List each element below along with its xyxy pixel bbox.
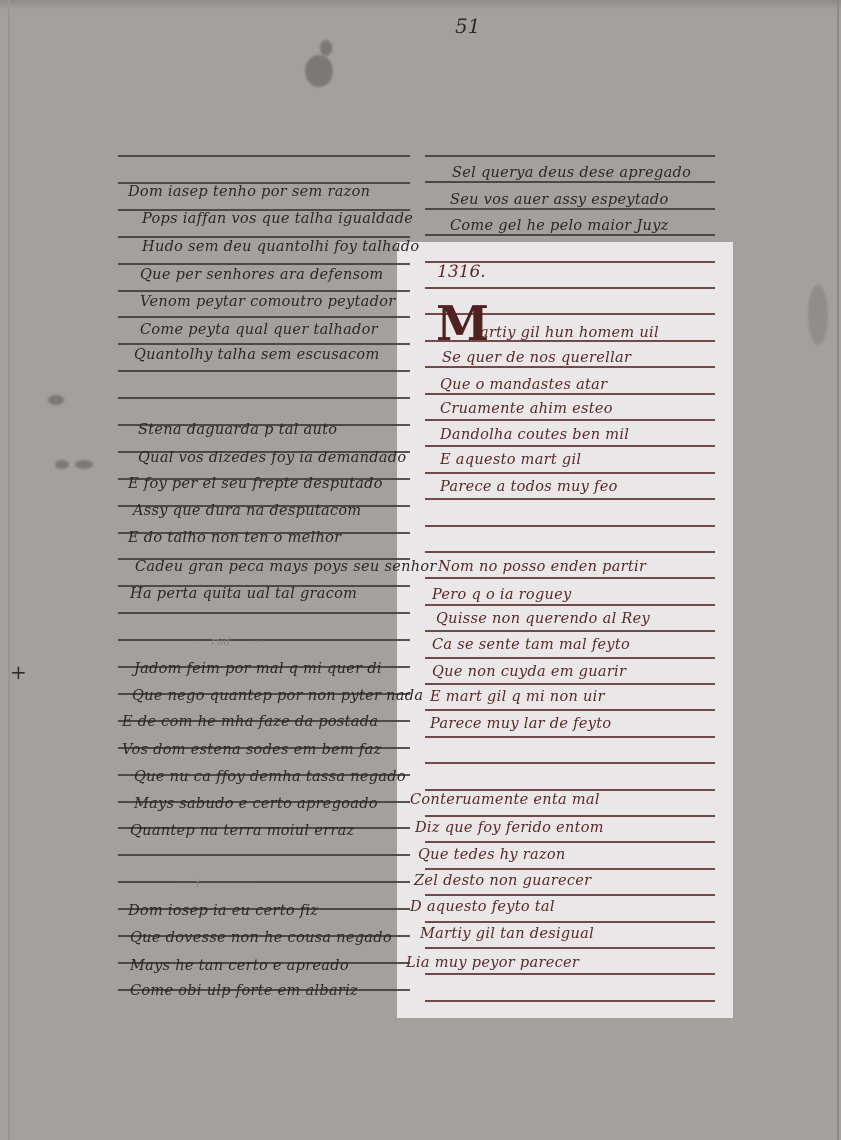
verse-line: Venom peytar comoutro peytador	[140, 294, 395, 310]
ruled-line	[425, 234, 715, 236]
verse-line: Seu vos auer assy espeytado	[450, 192, 669, 208]
ruled-line	[118, 370, 410, 372]
ruled-line	[118, 316, 410, 318]
page-left-edge	[8, 0, 10, 1140]
ruled-line	[425, 155, 715, 157]
ink-stain	[305, 55, 333, 87]
verse-line: Lia muy peyor parecer	[406, 955, 579, 971]
verse-line: Pops iaffan vos que talha igualdade	[142, 211, 413, 227]
verse-line: Que nu ca ffoy demha tassa negado	[134, 769, 406, 785]
ink-stain	[48, 395, 64, 405]
ruled-line	[118, 290, 410, 292]
verse-line: Jadom feim por mal q mi quer di	[134, 661, 382, 677]
bleed-through-text: · · · i · · · · · · · ·	[175, 877, 255, 890]
ruled-line	[425, 604, 715, 606]
ruled-line	[425, 208, 715, 210]
ruled-line	[425, 366, 715, 368]
ruled-line	[425, 762, 715, 764]
ruled-line	[425, 683, 715, 685]
verse-line: Assy que dura na desputacom	[133, 503, 361, 519]
ink-stain	[320, 40, 332, 56]
folio-number: 51	[455, 14, 480, 38]
verse-line: Martiy gil tan desigual	[420, 926, 594, 942]
verse-line: Come gel he pelo maior Juyz	[450, 218, 669, 234]
ruled-line	[118, 236, 410, 238]
ruled-line	[118, 881, 410, 883]
verse-line: Come obi ulp forte em albariz	[130, 983, 358, 999]
ruled-line	[425, 551, 715, 553]
page-right-edge	[837, 0, 839, 1140]
verse-line: Stena daguarda p tal auto	[138, 422, 337, 438]
ruled-line	[425, 789, 715, 791]
verse-line: Cadeu gran peca mays poys seu senhor	[135, 559, 437, 575]
verse-line: Come peyta qual quer talhador	[140, 322, 378, 338]
ruled-line	[118, 397, 410, 399]
verse-line: E do talho non ten o melhor	[128, 530, 341, 546]
ruled-line	[425, 1000, 715, 1002]
verse-line: Mays sabudo e certo apregoado	[134, 796, 378, 812]
verse-line: E aquesto mart gil	[440, 452, 581, 468]
verse-line: Vos dom estena sodes em bem faz	[122, 742, 382, 758]
verse-line: Que non cuyda em guarir	[432, 664, 626, 680]
ruled-line	[425, 472, 715, 474]
ruled-line	[425, 419, 715, 421]
page-top-edge	[0, 0, 841, 10]
ruled-line	[425, 630, 715, 632]
verse-line: E mart gil q mi non uir	[430, 689, 605, 705]
verse-line: Parece muy lar de feyto	[430, 716, 611, 732]
verse-line: Conteruamente enta mal	[410, 792, 600, 808]
verse-line: Dom iasep tenho por sem razon	[128, 184, 370, 200]
verse-line: Cruamente ahim esteo	[440, 401, 613, 417]
verse-line: artiy gil hun homem uil	[480, 325, 659, 341]
bleed-through-text: · · · rud · · · · ·	[190, 635, 265, 648]
ruled-line	[425, 973, 715, 975]
ruled-line	[425, 815, 715, 817]
ruled-line	[425, 657, 715, 659]
verse-line: E de com he mha faze da postada	[122, 714, 378, 730]
ruled-line	[425, 709, 715, 711]
ink-stain	[808, 285, 828, 345]
verse-line: Ha perta quita ual tal gracom	[130, 586, 357, 602]
verse-line: Que o mandastes atar	[440, 377, 607, 393]
verse-line: Pero q o ia roguey	[432, 587, 572, 603]
verse-line: Parece a todos muy feo	[440, 479, 618, 495]
verse-line: D aquesto feyto tal	[410, 899, 555, 915]
verse-line: Dom iosep ia eu certo fiz	[128, 903, 318, 919]
verse-line: Que tedes hy razon	[418, 847, 566, 863]
ruled-line	[425, 868, 715, 870]
verse-line: Sel querya deus dese apregado	[452, 165, 691, 181]
ruled-line	[425, 525, 715, 527]
ruled-line	[425, 736, 715, 738]
ruled-line	[425, 894, 715, 896]
verse-line: Quantolhy talha sem escusacom	[134, 347, 380, 363]
ruled-line	[118, 263, 410, 265]
ruled-line	[118, 854, 410, 856]
ruled-line	[425, 947, 715, 949]
ruled-line	[425, 921, 715, 923]
ink-stain	[55, 460, 69, 469]
ruled-line	[118, 155, 410, 157]
verse-line: Qual vos dizedes foy ia demandado	[138, 450, 406, 466]
verse-line: Quantep na terra moiul erraz	[130, 823, 354, 839]
ruled-line	[425, 841, 715, 843]
verse-line: Mays he tan certo e apreado	[130, 958, 349, 974]
verse-line: Que dovesse non he cousa negado	[130, 930, 392, 946]
year-annotation: 1316.	[437, 262, 486, 282]
verse-line: Diz que foy ferido entom	[415, 820, 604, 836]
verse-line: Quisse non querendo al Rey	[436, 611, 650, 627]
verse-line: Se quer de nos querellar	[442, 350, 631, 366]
ruled-line	[118, 343, 410, 345]
ink-stain	[75, 460, 93, 469]
verse-line: Hudo sem deu quantolhi foy talhado	[142, 239, 419, 255]
margin-cross-mark: +	[10, 660, 27, 684]
verse-line: Zel desto non guarecer	[414, 873, 591, 889]
verse-line: Que nego quantep por non pyter nada	[132, 688, 423, 704]
verse-line: E foy per el seu frepte desputado	[128, 476, 383, 492]
ruled-line	[118, 612, 410, 614]
ruled-line	[425, 287, 715, 289]
ruled-line	[425, 445, 715, 447]
ruled-line	[425, 498, 715, 500]
verse-line: Ca se sente tam mal feyto	[432, 637, 630, 653]
verse-line: Que per senhores ara defensom	[140, 267, 383, 283]
verse-line: Nom no posso enden partir	[438, 559, 646, 575]
verse-line: Dandolha coutes ben mil	[440, 427, 629, 443]
ruled-line	[425, 181, 715, 183]
ruled-line	[425, 393, 715, 395]
ruled-line	[425, 577, 715, 579]
